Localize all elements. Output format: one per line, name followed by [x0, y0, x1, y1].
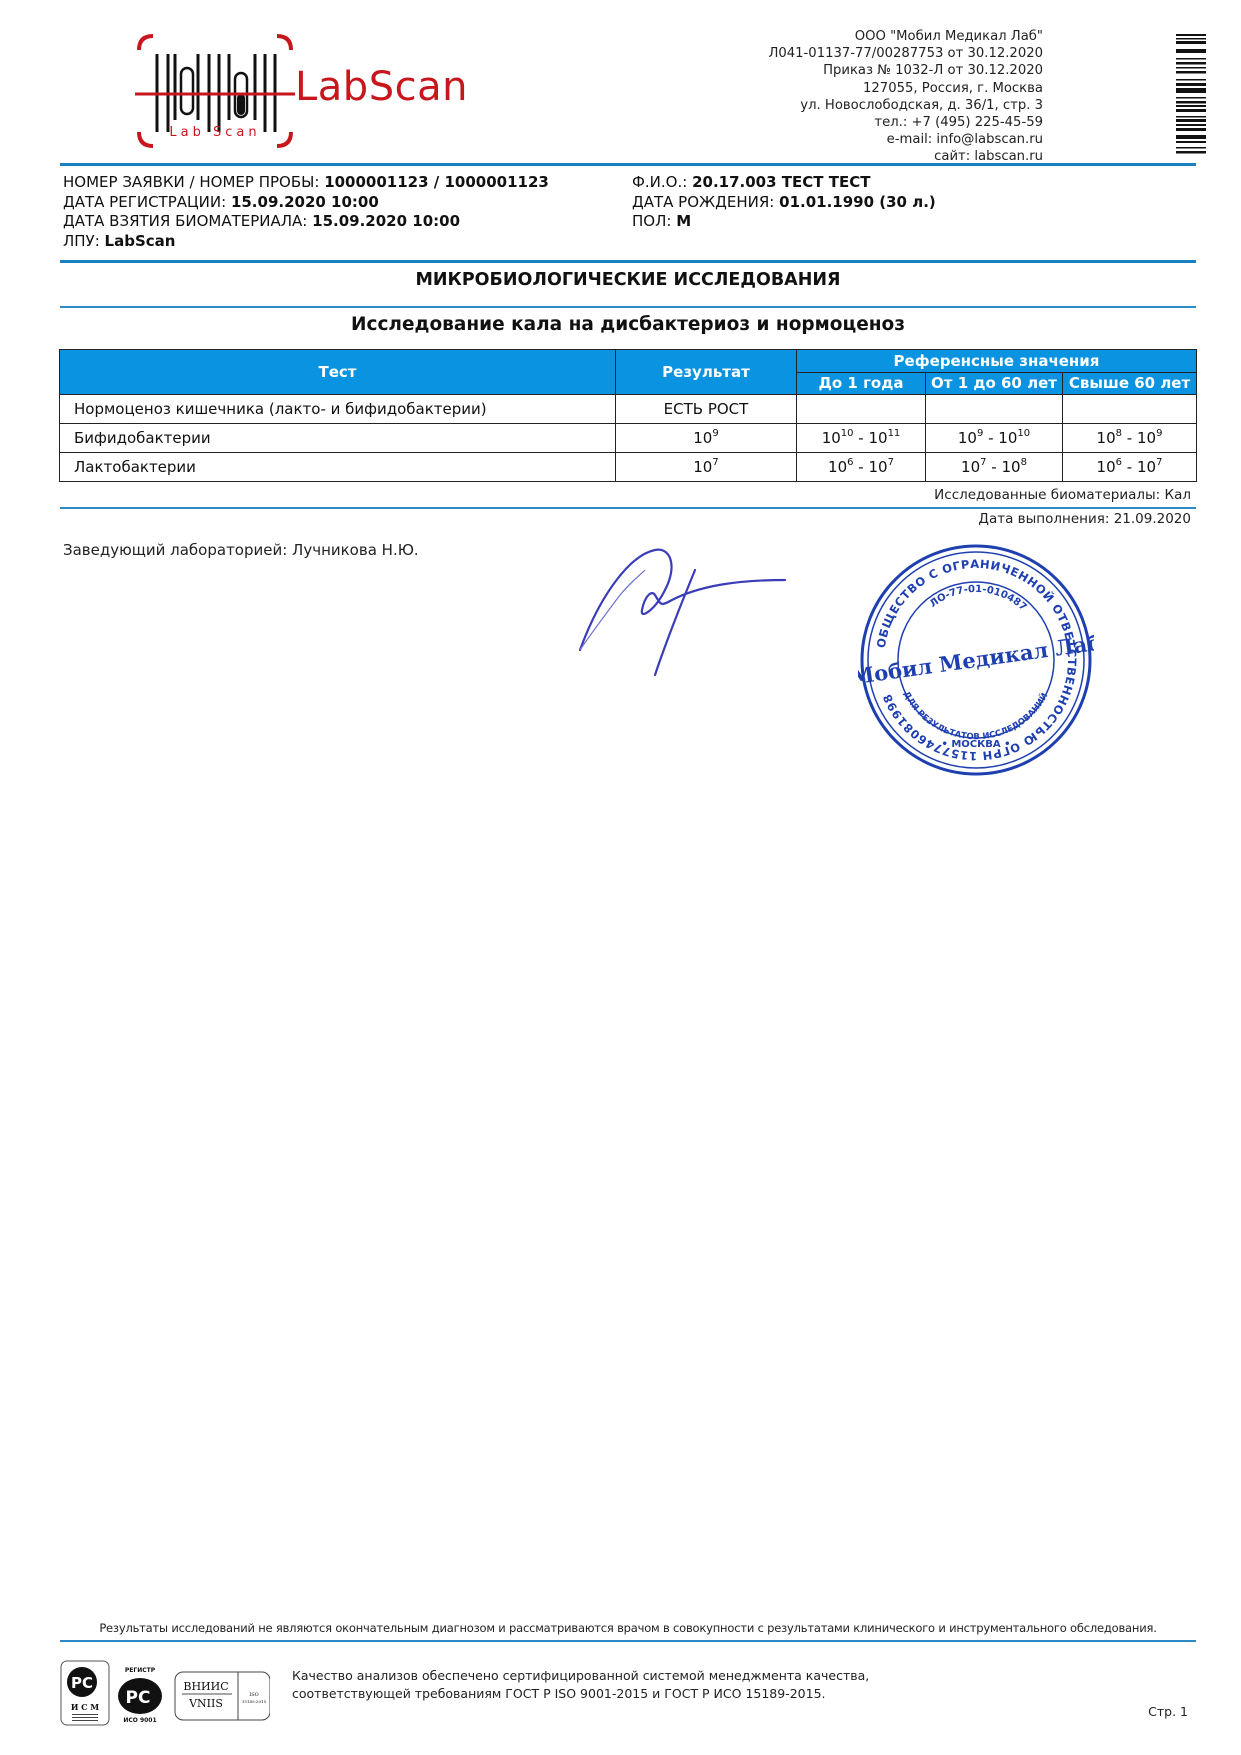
order-number: 1000001123 / 1000001123 — [324, 173, 549, 191]
col-test: Тест — [60, 350, 616, 395]
barcode-tube-icon: Lab Scan — [135, 28, 295, 154]
svg-text:«Мобил Медикал Лаб»: «Мобил Медикал Лаб» — [858, 628, 1094, 692]
test-name: Лактобактерии — [60, 453, 616, 482]
info-divider — [60, 260, 1196, 263]
footer-divider — [60, 1640, 1196, 1642]
registration-date-row: ДАТА РЕГИСТРАЦИИ: 15.09.2020 10:00 — [63, 193, 549, 213]
col-ref-under-1: До 1 года — [797, 372, 926, 395]
reference-value: 109 - 1010 — [926, 424, 1063, 453]
reference-value: 108 - 109 — [1063, 424, 1197, 453]
company-street: ул. Новослободская, д. 36/1, стр. 3 — [768, 97, 1043, 114]
test-name: Бифидобактерии — [60, 424, 616, 453]
svg-text:И С М: И С М — [71, 1702, 99, 1712]
reference-value: 106 - 107 — [1063, 453, 1197, 482]
lpu-value: LabScan — [105, 232, 176, 250]
company-phone: тел.: +7 (495) 225-45-59 — [768, 114, 1043, 131]
col-ref-1-60: От 1 до 60 лет — [926, 372, 1063, 395]
table-row: Лактобактерии107106 - 107107 - 108106 - … — [60, 453, 1197, 482]
company-email: e-mail: info@labscan.ru — [768, 131, 1043, 148]
svg-text:15189:2015: 15189:2015 — [242, 1699, 267, 1704]
certification-icons: РС И С М РЕГИСТР РС ИСО 9001 ВНИИС VNIIS… — [60, 1660, 270, 1730]
reference-value: 107 - 108 — [926, 453, 1063, 482]
svg-text:РЕГИСТР: РЕГИСТР — [125, 1667, 156, 1674]
svg-text:VNIIS: VNIIS — [188, 1697, 223, 1710]
head-of-lab: Заведующий лабораторией: Лучникова Н.Ю. — [63, 541, 419, 559]
col-reference: Референсные значения — [797, 350, 1197, 373]
reference-value — [1063, 395, 1197, 424]
table-row: Бифидобактерии1091010 - 1011109 - 101010… — [60, 424, 1197, 453]
svg-text:ЛО-77-01-010487: ЛО-77-01-010487 — [928, 584, 1029, 613]
quality-statement: Качество анализов обеспечено сертифициро… — [292, 1667, 869, 1703]
company-license: Л041-01137-77/00287753 от 30.12.2020 — [768, 45, 1043, 62]
completion-date: Дата выполнения: 21.09.2020 — [978, 511, 1191, 527]
birth-date: 01.01.1990 (30 л.) — [779, 193, 936, 211]
svg-text:ИСО 9001: ИСО 9001 — [123, 1717, 156, 1724]
test-name: Нормоценоз кишечника (лакто- и бифидобак… — [60, 395, 616, 424]
col-result: Результат — [616, 350, 797, 395]
table-divider — [60, 507, 1196, 509]
reference-value: 1010 - 1011 — [797, 424, 926, 453]
section-divider — [60, 306, 1196, 308]
vniis-icon: ВНИИС VNIIS ISO 15189:2015 — [175, 1672, 270, 1720]
page-number: Стр. 1 — [1148, 1704, 1188, 1719]
biomaterial-note: Исследованные биоматериалы: Кал — [934, 487, 1191, 503]
collection-date: 15.09.2020 10:00 — [312, 212, 460, 230]
result-value: ЕСТЬ РОСТ — [616, 395, 797, 424]
reference-value — [926, 395, 1063, 424]
result-value: 109 — [616, 424, 797, 453]
gost-registr-icon: РЕГИСТР РС ИСО 9001 — [118, 1667, 162, 1724]
svg-text:• МОСКВА •: • МОСКВА • — [941, 739, 1010, 750]
reference-value — [797, 395, 926, 424]
lpu-row: ЛПУ: LabScan — [63, 232, 549, 252]
result-value: 107 — [616, 453, 797, 482]
patient-info-right: Ф.И.О.: 20.17.003 ТЕСТ ТЕСТ ДАТА РОЖДЕНИ… — [632, 173, 936, 232]
brand-name: LabScan — [295, 64, 468, 110]
table-row: Нормоценоз кишечника (лакто- и бифидобак… — [60, 395, 1197, 424]
signature-icon — [560, 535, 800, 685]
barcode-icon — [1176, 34, 1206, 160]
patient-info-left: НОМЕР ЗАЯВКИ / НОМЕР ПРОБЫ: 1000001123 /… — [63, 173, 549, 251]
test-title: Исследование кала на дисбактериоз и норм… — [60, 314, 1196, 335]
certification-logos: РС И С М РЕГИСТР РС ИСО 9001 ВНИИС VNIIS… — [60, 1660, 270, 1730]
company-order: Приказ № 1032-Л от 30.12.2020 — [768, 62, 1043, 79]
registration-date: 15.09.2020 10:00 — [231, 193, 379, 211]
results-table: Тест Результат Референсные значения До 1… — [59, 349, 1197, 482]
reference-value: 106 - 107 — [797, 453, 926, 482]
svg-text:РС: РС — [71, 1674, 93, 1692]
birth-date-row: ДАТА РОЖДЕНИЯ: 01.01.1990 (30 л.) — [632, 193, 936, 213]
company-city: 127055, Россия, г. Москва — [768, 80, 1043, 97]
labscan-logo: Lab Scan LabScan — [135, 28, 515, 154]
company-name: ООО "Мобил Медикал Лаб" — [768, 28, 1043, 45]
company-info: ООО "Мобил Медикал Лаб" Л041-01137-77/00… — [768, 28, 1043, 166]
svg-text:Lab Scan: Lab Scan — [169, 125, 260, 140]
svg-text:РС: РС — [126, 1688, 151, 1708]
svg-text:ВНИИС: ВНИИС — [183, 1680, 228, 1693]
gost-ism-icon: РС И С М — [61, 1661, 109, 1725]
section-title: МИКРОБИОЛОГИЧЕСКИЕ ИССЛЕДОВАНИЯ — [60, 270, 1196, 290]
col-ref-over-60: Свыше 60 лет — [1063, 372, 1197, 395]
order-number-row: НОМЕР ЗАЯВКИ / НОМЕР ПРОБЫ: 1000001123 /… — [63, 173, 549, 193]
disclaimer: Результаты исследований не являются окон… — [60, 1621, 1196, 1635]
collection-date-row: ДАТА ВЗЯТИЯ БИОМАТЕРИАЛА: 15.09.2020 10:… — [63, 212, 549, 232]
sex-row: ПОЛ: М — [632, 212, 936, 232]
stamp-icon: ОБЩЕСТВО С ОГРАНИЧЕННОЙ ОТВЕТСТВЕННОСТЬЮ… — [858, 542, 1094, 778]
svg-text:ISO: ISO — [249, 1692, 259, 1698]
header-divider — [60, 163, 1196, 166]
patient-name-row: Ф.И.О.: 20.17.003 ТЕСТ ТЕСТ — [632, 173, 936, 193]
patient-name: 20.17.003 ТЕСТ ТЕСТ — [692, 173, 870, 191]
sex-value: М — [676, 212, 691, 230]
